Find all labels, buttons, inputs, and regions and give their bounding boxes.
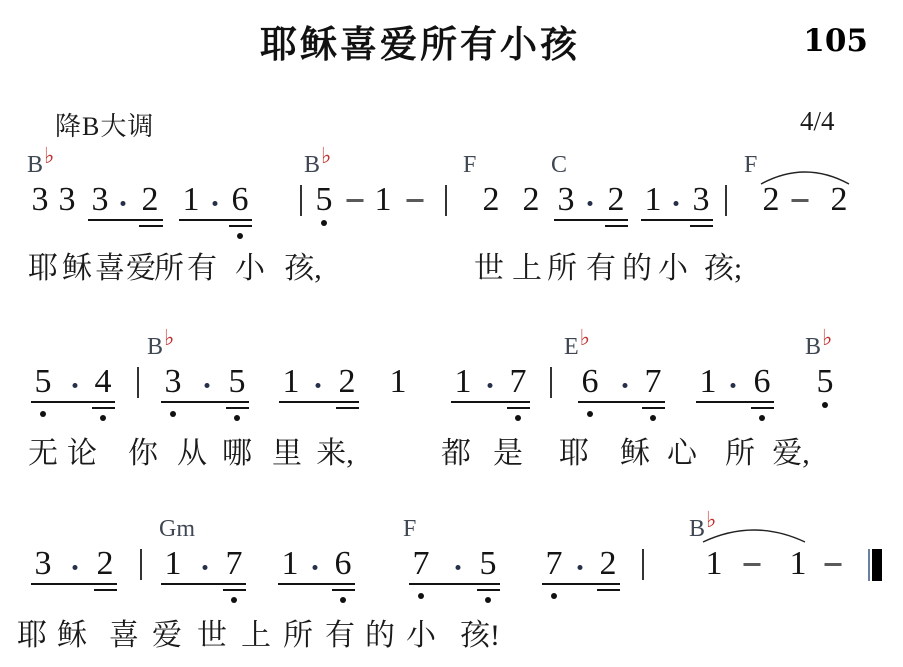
chord-label: F bbox=[744, 153, 757, 177]
lyric-syllable: 耶 bbox=[559, 437, 589, 471]
hymn-sheet: 耶稣喜爱所有小孩 105 降B大调 4/4 3332165122321322B♭… bbox=[0, 0, 903, 667]
octave-dot bbox=[587, 411, 593, 417]
lyric-syllable: 爱 bbox=[152, 619, 182, 653]
barline bbox=[725, 185, 727, 216]
rhythm-dot bbox=[488, 383, 493, 388]
lyric-syllable: 小 bbox=[658, 252, 688, 286]
beam-underline bbox=[229, 225, 252, 227]
duration-dash bbox=[792, 199, 809, 202]
lyric-syllable: 哪 bbox=[222, 437, 252, 471]
lyric-syllable: 耶 bbox=[28, 252, 58, 286]
note-digit: 5 bbox=[35, 368, 52, 396]
flat-symbol-icon: ♭ bbox=[321, 143, 331, 168]
note-digit: 5 bbox=[229, 368, 246, 396]
note-digit: 2 bbox=[600, 550, 617, 578]
chord-letter: B bbox=[27, 152, 43, 178]
chord-letter: F bbox=[403, 516, 416, 542]
lyric-syllable: 世 bbox=[474, 252, 504, 286]
chord-label: C bbox=[551, 153, 567, 177]
note-digit: 6 bbox=[232, 186, 249, 214]
flat-symbol-icon: ♭ bbox=[164, 325, 174, 350]
note-digit: 7 bbox=[413, 550, 430, 578]
rhythm-dot bbox=[313, 565, 318, 570]
lyric-syllable: 孩! bbox=[460, 619, 500, 653]
lyric-syllable: 有 bbox=[586, 252, 616, 286]
flat-symbol-icon: ♭ bbox=[822, 325, 832, 350]
octave-dot bbox=[418, 593, 424, 599]
note-digit: 1 bbox=[455, 368, 472, 396]
lyric-syllable: 有 bbox=[187, 252, 217, 286]
beam-underline bbox=[696, 401, 774, 403]
lyric-syllable: 都 bbox=[441, 437, 471, 471]
octave-dot bbox=[515, 415, 521, 421]
rhythm-dot bbox=[73, 383, 78, 388]
note-digit: 3 bbox=[35, 550, 52, 578]
rhythm-dot bbox=[578, 565, 583, 570]
rhythm-dot bbox=[203, 565, 208, 570]
key-signature: 降B大调 bbox=[55, 106, 154, 143]
note-digit: 1 bbox=[706, 550, 723, 578]
chord-letter: B bbox=[805, 334, 821, 360]
flat-symbol-icon: ♭ bbox=[44, 143, 54, 168]
final-barline bbox=[872, 549, 882, 581]
note-digit: 2 bbox=[142, 186, 159, 214]
note-digit: 2 bbox=[523, 186, 540, 214]
note-digit: 6 bbox=[582, 368, 599, 396]
barline bbox=[550, 367, 552, 398]
note-digit: 1 bbox=[375, 186, 392, 214]
beam-underline bbox=[278, 583, 355, 585]
rhythm-dot bbox=[588, 201, 593, 206]
note-digit: 3 bbox=[558, 186, 575, 214]
note-digit: 1 bbox=[790, 550, 807, 578]
note-digit: 2 bbox=[97, 550, 114, 578]
note-digit: 7 bbox=[226, 550, 243, 578]
chord-label: F bbox=[403, 517, 416, 541]
note-digit: 7 bbox=[546, 550, 563, 578]
lyric-syllable: 所 bbox=[283, 619, 313, 653]
rhythm-dot bbox=[674, 201, 679, 206]
lyric-syllable: 喜 bbox=[95, 252, 125, 286]
lyric-syllable: 论 bbox=[67, 437, 97, 471]
note-digit: 1 bbox=[282, 550, 299, 578]
rhythm-dot bbox=[73, 565, 78, 570]
beam-underline bbox=[226, 407, 249, 409]
note-digit: 1 bbox=[183, 186, 200, 214]
note-digit: 3 bbox=[32, 186, 49, 214]
note-digit: 7 bbox=[510, 368, 527, 396]
beam-underline bbox=[31, 583, 117, 585]
lyric-syllable: 孩; bbox=[704, 252, 742, 286]
note-digit: 2 bbox=[831, 186, 848, 214]
beam-underline bbox=[279, 401, 359, 403]
note-digit: 1 bbox=[645, 186, 662, 214]
beam-underline bbox=[477, 589, 500, 591]
lyric-syllable: 心 bbox=[667, 437, 697, 471]
lyric-syllable: 世 bbox=[197, 619, 227, 653]
note-digit: 2 bbox=[763, 186, 780, 214]
beam-underline bbox=[554, 219, 628, 221]
slur-arc bbox=[760, 167, 850, 186]
barline bbox=[137, 367, 139, 398]
page-title: 耶稣喜爱所有小孩 bbox=[260, 14, 580, 68]
rhythm-dot bbox=[205, 383, 210, 388]
octave-dot bbox=[321, 220, 327, 226]
chord-label: B♭ bbox=[805, 335, 832, 359]
beam-underline bbox=[597, 589, 620, 591]
lyric-syllable: 稣 bbox=[62, 252, 92, 286]
note-digit: 3 bbox=[693, 186, 710, 214]
note-digit: 1 bbox=[283, 368, 300, 396]
note-digit: 6 bbox=[335, 550, 352, 578]
duration-dash bbox=[744, 563, 761, 566]
note-digit: 2 bbox=[608, 186, 625, 214]
note-digit: 1 bbox=[390, 368, 407, 396]
rhythm-dot bbox=[213, 201, 218, 206]
lyric-syllable: 无 bbox=[28, 437, 58, 471]
note-digit: 5 bbox=[316, 186, 333, 214]
note-digit: 7 bbox=[645, 368, 662, 396]
lyric-syllable: 孩, bbox=[284, 252, 322, 286]
note-digit: 6 bbox=[754, 368, 771, 396]
flat-symbol-icon: ♭ bbox=[580, 325, 590, 350]
chord-letter: Gm bbox=[159, 516, 195, 542]
lyric-syllable: 有 bbox=[325, 619, 355, 653]
octave-dot bbox=[40, 411, 46, 417]
lyric-syllable: 是 bbox=[493, 437, 523, 471]
lyric-syllable: 你 bbox=[128, 437, 158, 471]
beam-underline bbox=[605, 225, 628, 227]
note-digit: 1 bbox=[700, 368, 717, 396]
beam-underline bbox=[641, 219, 713, 221]
octave-dot bbox=[231, 597, 237, 603]
barline bbox=[140, 549, 142, 580]
octave-dot bbox=[234, 415, 240, 421]
note-digit: 5 bbox=[480, 550, 497, 578]
lyric-syllable: 爱, bbox=[772, 437, 810, 471]
lyric-syllable: 的 bbox=[622, 252, 652, 286]
chord-letter: B bbox=[304, 152, 320, 178]
note-digit: 4 bbox=[95, 368, 112, 396]
chord-letter: F bbox=[463, 152, 476, 178]
final-barline-thin bbox=[868, 549, 870, 581]
note-digit: 1 bbox=[165, 550, 182, 578]
lyric-syllable: 里 bbox=[272, 437, 302, 471]
octave-dot bbox=[551, 593, 557, 599]
beam-underline bbox=[751, 407, 774, 409]
beam-underline bbox=[223, 589, 246, 591]
beam-underline bbox=[92, 407, 115, 409]
beam-underline bbox=[409, 583, 500, 585]
chord-label: F bbox=[463, 153, 476, 177]
duration-dash bbox=[825, 563, 842, 566]
chord-label: B♭ bbox=[304, 153, 331, 177]
note-digit: 2 bbox=[339, 368, 356, 396]
beam-underline bbox=[161, 583, 246, 585]
note-digit: 2 bbox=[483, 186, 500, 214]
lyric-syllable: 来, bbox=[316, 437, 354, 471]
chord-letter: F bbox=[744, 152, 757, 178]
lyric-syllable: 小 bbox=[235, 252, 265, 286]
note-digit: 5 bbox=[817, 368, 834, 396]
lyric-syllable: 爱 bbox=[126, 252, 156, 286]
chord-label: E♭ bbox=[564, 335, 590, 359]
barline bbox=[300, 185, 302, 216]
beam-underline bbox=[642, 407, 665, 409]
time-signature: 4/4 bbox=[800, 106, 835, 137]
note-digit: 3 bbox=[59, 186, 76, 214]
rhythm-dot bbox=[456, 565, 461, 570]
chord-letter: E bbox=[564, 334, 579, 360]
chord-label: Gm bbox=[159, 517, 195, 541]
rhythm-dot bbox=[316, 383, 321, 388]
beam-underline bbox=[690, 225, 713, 227]
hymn-number: 105 bbox=[803, 23, 868, 59]
octave-dot bbox=[237, 233, 243, 239]
octave-dot bbox=[100, 415, 106, 421]
beam-underline bbox=[507, 407, 530, 409]
barline bbox=[642, 549, 644, 580]
note-digit: 3 bbox=[92, 186, 109, 214]
octave-dot bbox=[759, 415, 765, 421]
lyric-syllable: 所 bbox=[547, 252, 577, 286]
duration-dash bbox=[407, 199, 424, 202]
octave-dot bbox=[822, 402, 828, 408]
beam-underline bbox=[542, 583, 620, 585]
duration-dash bbox=[347, 199, 364, 202]
lyric-syllable: 上 bbox=[241, 619, 271, 653]
beam-underline bbox=[88, 219, 163, 221]
beam-underline bbox=[94, 589, 117, 591]
octave-dot bbox=[170, 411, 176, 417]
lyric-syllable: 所 bbox=[725, 437, 755, 471]
beam-underline bbox=[332, 589, 355, 591]
lyric-syllable: 喜 bbox=[109, 619, 139, 653]
chord-letter: B bbox=[147, 334, 163, 360]
lyric-syllable: 上 bbox=[512, 252, 542, 286]
beam-underline bbox=[336, 407, 359, 409]
chord-letter: C bbox=[551, 152, 567, 178]
beam-underline bbox=[578, 401, 665, 403]
chord-label: B♭ bbox=[147, 335, 174, 359]
lyric-syllable: 稣 bbox=[620, 437, 650, 471]
slur-arc bbox=[702, 525, 806, 544]
lyric-syllable: 小 bbox=[406, 619, 436, 653]
lyric-syllable: 耶 bbox=[17, 619, 47, 653]
octave-dot bbox=[485, 597, 491, 603]
chord-label: B♭ bbox=[27, 153, 54, 177]
note-digit: 3 bbox=[165, 368, 182, 396]
octave-dot bbox=[340, 597, 346, 603]
lyric-syllable: 稣 bbox=[57, 619, 87, 653]
beam-underline bbox=[31, 401, 115, 403]
beam-underline bbox=[179, 219, 252, 221]
rhythm-dot bbox=[121, 201, 126, 206]
octave-dot bbox=[650, 415, 656, 421]
lyric-syllable: 从 bbox=[177, 437, 207, 471]
lyric-syllable: 的 bbox=[365, 619, 395, 653]
lyric-syllable: 所 bbox=[154, 252, 184, 286]
beam-underline bbox=[161, 401, 249, 403]
beam-underline bbox=[451, 401, 530, 403]
beam-underline bbox=[139, 225, 163, 227]
rhythm-dot bbox=[623, 383, 628, 388]
barline bbox=[445, 185, 447, 216]
rhythm-dot bbox=[731, 383, 736, 388]
